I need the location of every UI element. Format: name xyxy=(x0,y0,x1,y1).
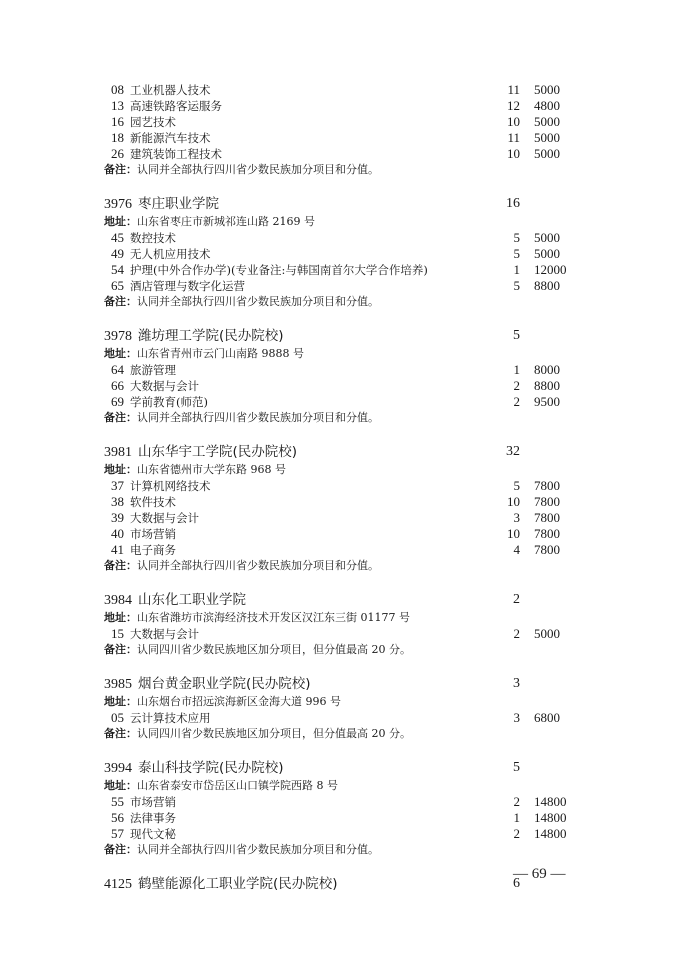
major-row: 66大数据与会计28800 xyxy=(104,378,584,394)
note-label: 备注： xyxy=(104,295,137,308)
major-fee: 8800 xyxy=(534,378,560,394)
major-row: 57现代文秘214800 xyxy=(104,826,584,842)
major-quota: 3 xyxy=(496,710,520,726)
school-note: 备注：认同并全部执行四川省少数民族加分项目和分值。 xyxy=(104,294,584,310)
major-row: 38软件技术107800 xyxy=(104,494,584,510)
major-row: 64旅游管理18000 xyxy=(104,362,584,378)
major-fee: 8000 xyxy=(534,362,560,378)
major-row: 13高速铁路客运服务124800 xyxy=(104,98,584,114)
major-quota: 2 xyxy=(496,626,520,642)
major-fee: 7800 xyxy=(534,478,560,494)
major-fee: 7800 xyxy=(534,494,560,510)
major-quota: 2 xyxy=(496,394,520,410)
school-note: 备注：认同并全部执行四川省少数民族加分项目和分值。 xyxy=(104,842,584,858)
major-code: 39 xyxy=(104,510,124,526)
major-fee: 7800 xyxy=(534,510,560,526)
school-name: 山东华宇工学院(民办院校) xyxy=(138,444,297,460)
major-row: 45数控技术55000 xyxy=(104,230,584,246)
school-note: 备注：认同并全部执行四川省少数民族加分项目和分值。 xyxy=(104,558,584,574)
major-fee: 7800 xyxy=(534,542,560,558)
major-quota: 1 xyxy=(496,362,520,378)
major-code: 56 xyxy=(104,810,124,826)
note-label: 备注： xyxy=(104,559,137,572)
major-row: 18新能源汽车技术115000 xyxy=(104,130,584,146)
major-quota: 5 xyxy=(496,478,520,494)
school-header: 3976枣庄职业学院16 xyxy=(104,194,584,214)
school-address: 地址：山东省枣庄市新城祁连山路 2169 号 xyxy=(104,214,584,230)
school-address: 地址：山东省青州市云门山南路 9888 号 xyxy=(104,346,584,362)
major-name: 高速铁路客运服务 xyxy=(130,98,222,114)
major-code: 38 xyxy=(104,494,124,510)
note-label: 备注： xyxy=(104,643,137,656)
note-text: 认同并全部执行四川省少数民族加分项目和分值。 xyxy=(137,295,379,308)
major-name: 软件技术 xyxy=(130,494,176,510)
major-row: 41电子商务47800 xyxy=(104,542,584,558)
major-name: 电子商务 xyxy=(130,542,176,558)
note-text: 认同并全部执行四川省少数民族加分项目和分值。 xyxy=(137,163,379,176)
major-quota: 2 xyxy=(496,794,520,810)
major-name: 现代文秘 xyxy=(130,826,176,842)
major-fee: 5000 xyxy=(534,246,560,262)
major-name: 法律事务 xyxy=(130,810,176,826)
school-address: 地址：山东省德州市大学东路 968 号 xyxy=(104,462,584,478)
major-quota: 10 xyxy=(496,114,520,130)
major-fee: 5000 xyxy=(534,130,560,146)
school-header: 3978潍坊理工学院(民办院校)5 xyxy=(104,326,584,346)
school-note: 备注：认同并全部执行四川省少数民族加分项目和分值。 xyxy=(104,410,584,426)
school-header: 4125鹤壁能源化工职业学院(民办院校)6 xyxy=(104,874,584,894)
school-address: 地址：山东省潍坊市滨海经济技术开发区汉江东三街 01177 号 xyxy=(104,610,584,626)
address-text: 山东省青州市云门山南路 9888 号 xyxy=(137,347,304,360)
major-quota: 1 xyxy=(496,262,520,278)
major-name: 无人机应用技术 xyxy=(130,246,211,262)
major-fee: 8800 xyxy=(534,278,560,294)
school-note: 备注：认同四川省少数民族地区加分项目，但分值最高 20 分。 xyxy=(104,642,584,658)
school-code: 3984 xyxy=(104,591,132,611)
major-name: 工业机器人技术 xyxy=(130,82,211,98)
address-label: 地址： xyxy=(104,215,137,228)
page-number: — 69 — xyxy=(513,866,566,883)
major-name: 市场营销 xyxy=(130,526,176,542)
major-row: 05云计算技术应用36800 xyxy=(104,710,584,726)
address-label: 地址： xyxy=(104,611,137,624)
address-label: 地址： xyxy=(104,695,137,708)
major-name: 大数据与会计 xyxy=(130,378,199,394)
major-code: 16 xyxy=(104,114,124,130)
school-total-quota: 32 xyxy=(496,442,520,462)
major-row: 56法律事务114800 xyxy=(104,810,584,826)
major-quota: 4 xyxy=(496,542,520,558)
school-total-quota: 16 xyxy=(496,194,520,214)
major-code: 18 xyxy=(104,130,124,146)
document-page: 08工业机器人技术11500013高速铁路客运服务12480016园艺技术105… xyxy=(104,82,584,894)
note-text: 认同四川省少数民族地区加分项目，但分值最高 20 分。 xyxy=(137,727,411,740)
school-header: 3981山东华宇工学院(民办院校)32 xyxy=(104,442,584,462)
major-code: 41 xyxy=(104,542,124,558)
note-text: 认同并全部执行四川省少数民族加分项目和分值。 xyxy=(137,411,379,424)
major-quota: 11 xyxy=(496,82,520,98)
major-quota: 1 xyxy=(496,810,520,826)
major-fee: 5000 xyxy=(534,114,560,130)
school-header: 3984山东化工职业学院2 xyxy=(104,590,584,610)
major-code: 54 xyxy=(104,262,124,278)
major-code: 55 xyxy=(104,794,124,810)
address-label: 地址： xyxy=(104,463,137,476)
school-block: 3994泰山科技学院(民办院校)5地址：山东省泰安市岱岳区山口镇学院西路 8 号… xyxy=(104,758,584,858)
school-name: 烟台黄金职业学院(民办院校) xyxy=(138,676,311,692)
school-block: 3981山东华宇工学院(民办院校)32地址：山东省德州市大学东路 968 号37… xyxy=(104,442,584,574)
school-name: 鹤壁能源化工职业学院(民办院校) xyxy=(138,876,338,892)
note-text: 认同并全部执行四川省少数民族加分项目和分值。 xyxy=(137,843,379,856)
major-code: 08 xyxy=(104,82,124,98)
major-fee: 9500 xyxy=(534,394,560,410)
major-row: 26建筑装饰工程技术105000 xyxy=(104,146,584,162)
school-code: 3978 xyxy=(104,327,132,347)
school-name: 山东化工职业学院 xyxy=(138,592,246,608)
school-note: 备注：认同四川省少数民族地区加分项目，但分值最高 20 分。 xyxy=(104,726,584,742)
major-quota: 5 xyxy=(496,230,520,246)
school-header: 3994泰山科技学院(民办院校)5 xyxy=(104,758,584,778)
note-text: 认同四川省少数民族地区加分项目，但分值最高 20 分。 xyxy=(137,643,411,656)
major-row: 16园艺技术105000 xyxy=(104,114,584,130)
school-block: 3976枣庄职业学院16地址：山东省枣庄市新城祁连山路 2169 号45数控技术… xyxy=(104,194,584,310)
major-name: 旅游管理 xyxy=(130,362,176,378)
school-code: 3976 xyxy=(104,195,132,215)
address-label: 地址： xyxy=(104,347,137,360)
major-name: 计算机网络技术 xyxy=(130,478,211,494)
school-header: 3985烟台黄金职业学院(民办院校)3 xyxy=(104,674,584,694)
school-address: 地址：山东省泰安市岱岳区山口镇学院西路 8 号 xyxy=(104,778,584,794)
major-name: 云计算技术应用 xyxy=(130,710,211,726)
major-code: 57 xyxy=(104,826,124,842)
major-code: 45 xyxy=(104,230,124,246)
major-quota: 10 xyxy=(496,494,520,510)
school-total-quota: 5 xyxy=(496,758,520,778)
major-code: 49 xyxy=(104,246,124,262)
major-row: 08工业机器人技术115000 xyxy=(104,82,584,98)
school-code: 3985 xyxy=(104,675,132,695)
address-text: 山东烟台市招远滨海新区金海大道 996 号 xyxy=(137,695,341,708)
major-fee: 14800 xyxy=(534,794,567,810)
major-fee: 7800 xyxy=(534,526,560,542)
school-code: 3981 xyxy=(104,443,132,463)
major-quota: 2 xyxy=(496,378,520,394)
major-fee: 12000 xyxy=(534,262,567,278)
address-label: 地址： xyxy=(104,779,137,792)
major-fee: 5000 xyxy=(534,146,560,162)
major-name: 新能源汽车技术 xyxy=(130,130,211,146)
continued-school-block: 08工业机器人技术11500013高速铁路客运服务12480016园艺技术105… xyxy=(104,82,584,178)
school-note: 备注：认同并全部执行四川省少数民族加分项目和分值。 xyxy=(104,162,584,178)
major-quota: 3 xyxy=(496,510,520,526)
school-code: 3994 xyxy=(104,759,132,779)
school-name: 枣庄职业学院 xyxy=(138,196,219,212)
school-name: 泰山科技学院(民办院校) xyxy=(138,760,284,776)
school-block: 3978潍坊理工学院(民办院校)5地址：山东省青州市云门山南路 9888 号64… xyxy=(104,326,584,426)
school-total-quota: 3 xyxy=(496,674,520,694)
major-fee: 14800 xyxy=(534,826,567,842)
school-block: 4125鹤壁能源化工职业学院(民办院校)6 xyxy=(104,874,584,894)
major-code: 15 xyxy=(104,626,124,642)
address-text: 山东省泰安市岱岳区山口镇学院西路 8 号 xyxy=(137,779,338,792)
major-name: 园艺技术 xyxy=(130,114,176,130)
major-code: 65 xyxy=(104,278,124,294)
major-name: 大数据与会计 xyxy=(130,626,199,642)
school-code: 4125 xyxy=(104,875,132,895)
note-label: 备注： xyxy=(104,843,137,856)
address-text: 山东省潍坊市滨海经济技术开发区汉江东三街 01177 号 xyxy=(137,611,410,624)
major-row: 65酒店管理与数字化运营58800 xyxy=(104,278,584,294)
major-code: 05 xyxy=(104,710,124,726)
major-quota: 10 xyxy=(496,146,520,162)
major-row: 15大数据与会计25000 xyxy=(104,626,584,642)
major-code: 66 xyxy=(104,378,124,394)
major-row: 49无人机应用技术55000 xyxy=(104,246,584,262)
major-code: 26 xyxy=(104,146,124,162)
major-code: 69 xyxy=(104,394,124,410)
major-quota: 5 xyxy=(496,246,520,262)
major-code: 64 xyxy=(104,362,124,378)
major-row: 54护理(中外合作办学)(专业备注:与韩国南首尔大学合作培养)112000 xyxy=(104,262,584,278)
address-text: 山东省枣庄市新城祁连山路 2169 号 xyxy=(137,215,315,228)
major-fee: 6800 xyxy=(534,710,560,726)
major-quota: 11 xyxy=(496,130,520,146)
major-code: 13 xyxy=(104,98,124,114)
school-block: 3984山东化工职业学院2地址：山东省潍坊市滨海经济技术开发区汉江东三街 011… xyxy=(104,590,584,658)
major-name: 大数据与会计 xyxy=(130,510,199,526)
major-quota: 2 xyxy=(496,826,520,842)
school-block: 3985烟台黄金职业学院(民办院校)3地址：山东烟台市招远滨海新区金海大道 99… xyxy=(104,674,584,742)
major-name: 建筑装饰工程技术 xyxy=(130,146,222,162)
major-quota: 5 xyxy=(496,278,520,294)
major-fee: 5000 xyxy=(534,82,560,98)
major-quota: 12 xyxy=(496,98,520,114)
address-text: 山东省德州市大学东路 968 号 xyxy=(137,463,286,476)
major-name: 学前教育(师范) xyxy=(130,394,208,410)
major-code: 40 xyxy=(104,526,124,542)
major-code: 37 xyxy=(104,478,124,494)
school-total-quota: 2 xyxy=(496,590,520,610)
note-label: 备注： xyxy=(104,163,137,176)
major-fee: 4800 xyxy=(534,98,560,114)
major-fee: 5000 xyxy=(534,230,560,246)
school-total-quota: 5 xyxy=(496,326,520,346)
major-name: 数控技术 xyxy=(130,230,176,246)
major-fee: 14800 xyxy=(534,810,567,826)
major-row: 55市场营销214800 xyxy=(104,794,584,810)
major-name: 市场营销 xyxy=(130,794,176,810)
note-label: 备注： xyxy=(104,411,137,424)
major-name: 酒店管理与数字化运营 xyxy=(130,278,245,294)
major-name: 护理(中外合作办学)(专业备注:与韩国南首尔大学合作培养) xyxy=(130,262,428,278)
school-name: 潍坊理工学院(民办院校) xyxy=(138,328,284,344)
note-text: 认同并全部执行四川省少数民族加分项目和分值。 xyxy=(137,559,379,572)
major-row: 40市场营销107800 xyxy=(104,526,584,542)
major-row: 37计算机网络技术57800 xyxy=(104,478,584,494)
major-row: 69学前教育(师范)29500 xyxy=(104,394,584,410)
major-fee: 5000 xyxy=(534,626,560,642)
note-label: 备注： xyxy=(104,727,137,740)
major-quota: 10 xyxy=(496,526,520,542)
school-address: 地址：山东烟台市招远滨海新区金海大道 996 号 xyxy=(104,694,584,710)
major-row: 39大数据与会计37800 xyxy=(104,510,584,526)
